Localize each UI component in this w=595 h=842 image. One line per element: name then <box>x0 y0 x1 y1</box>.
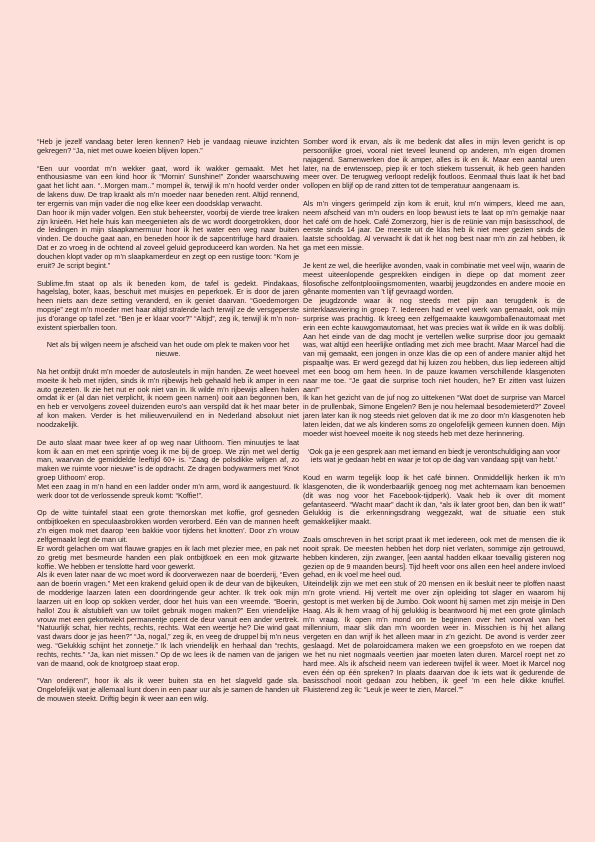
paragraph: Somber word ik ervan, als ik me bedenk d… <box>303 138 565 191</box>
paragraph: De jeugdzonde waar ik nog steeds met pij… <box>303 297 565 394</box>
paragraph: Koud en warm tegelijk loop ik het café b… <box>303 474 565 527</box>
document-page: “Heb je jezelf vandaag beter leren kenne… <box>0 0 595 842</box>
paragraph: “Van onderen!”, hoor ik als ik weer buit… <box>37 677 299 704</box>
right-text-column: Somber word ik ervan, als ik me bedenk d… <box>303 138 565 695</box>
paragraph: Zoals omschreven in het script praat ik … <box>303 536 565 580</box>
pull-quote: Net als bij wilgen neem je afscheid van … <box>37 341 299 359</box>
left-text-column: “Heb je jezelf vandaag beter leren kenne… <box>37 138 299 704</box>
paragraph: Met een zaag in m’n hand en een ladder o… <box>37 483 299 501</box>
paragraph: Je kent ze wel, die heerlijke avonden, v… <box>303 262 565 297</box>
paragraph: Uiteindelijk zijn we met een stuk of 20 … <box>303 580 565 695</box>
paragraph: Als ik even later naar de wc moet word i… <box>37 571 299 668</box>
paragraph: Er wordt gelachen om wat flauwe grapjes … <box>37 545 299 572</box>
paragraph: Dan hoor ik mijn vader volgen. Een stuk … <box>37 209 299 271</box>
paragraph: “Heb je jezelf vandaag beter leren kenne… <box>37 138 299 156</box>
paragraph: Ik kan het gezicht van de juf nog zo uit… <box>303 394 565 438</box>
paragraph: Na het ontbijt drukt m’n moeder de autos… <box>37 368 299 430</box>
paragraph: Op de witte tuintafel staat een grote th… <box>37 509 299 544</box>
pull-quote: ‘Ook ga je een gesprek aan met iemand en… <box>303 448 565 466</box>
paragraph: De auto slaat maar twee keer af op weg n… <box>37 439 299 483</box>
paragraph: “Een uur voordat m’n wekker gaat, word i… <box>37 165 299 209</box>
paragraph: Als m’n vingers gerimpeld zijn kom ik er… <box>303 200 565 253</box>
paragraph: Sublime.fm staat op als ik beneden kom, … <box>37 280 299 333</box>
